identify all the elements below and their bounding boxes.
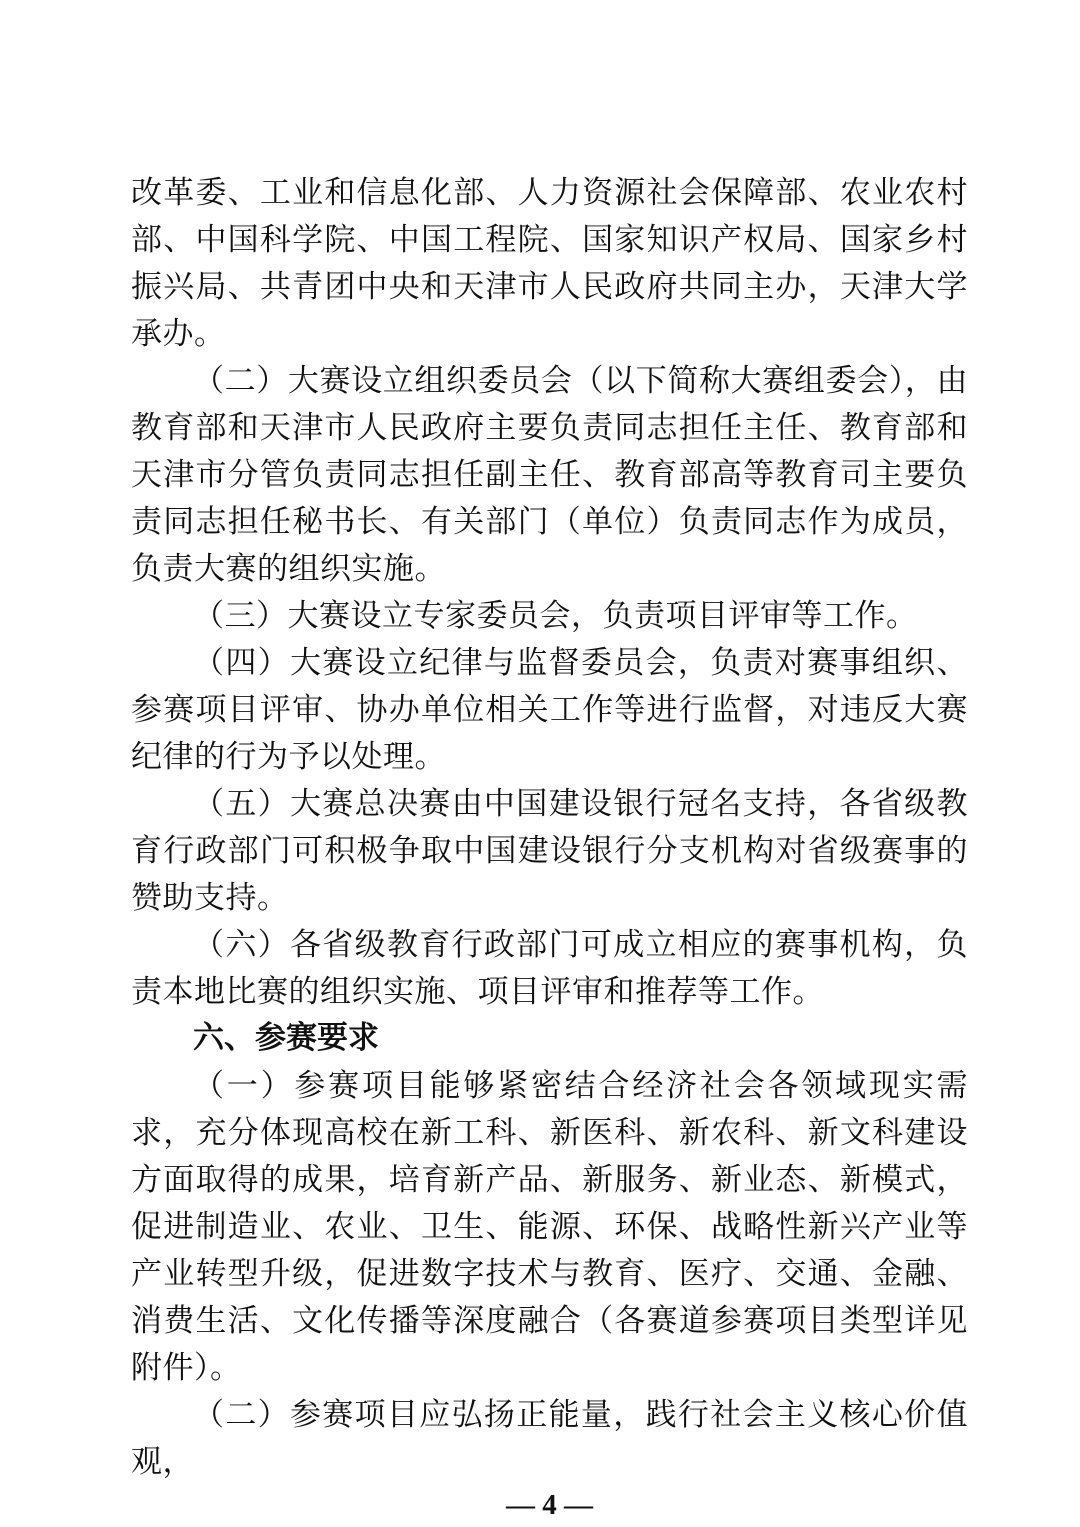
paragraph-intro-continuation: 改革委、工业和信息化部、人力资源社会保障部、农业农村部、中国科学院、中国工程院、…	[131, 169, 968, 357]
paragraph-clause-2: （二）大赛设立组织委员会（以下简称大赛组委会），由教育部和天津市人民政府主要负责…	[131, 357, 968, 592]
document-page: 改革委、工业和信息化部、人力资源社会保障部、农业农村部、中国科学院、中国工程院、…	[0, 0, 1080, 1527]
paragraph-clause-5: （五）大赛总决赛由中国建设银行冠名支持，各省级教育行政部门可积极争取中国建设银行…	[131, 780, 968, 921]
paragraph-requirement-2: （二）参赛项目应弘扬正能量，践行社会主义核心价值观，	[131, 1391, 968, 1485]
paragraph-clause-3: （三）大赛设立专家委员会，负责项目评审等工作。	[131, 592, 968, 639]
document-body: 改革委、工业和信息化部、人力资源社会保障部、农业农村部、中国科学院、中国工程院、…	[131, 169, 968, 1485]
paragraph-clause-4: （四）大赛设立纪律与监督委员会，负责对赛事组织、参赛项目评审、协办单位相关工作等…	[131, 639, 968, 780]
section-heading-entry-requirements: 六、参赛要求	[131, 1015, 968, 1062]
paragraph-requirement-1: （一）参赛项目能够紧密结合经济社会各领域现实需求，充分体现高校在新工科、新医科、…	[131, 1062, 968, 1391]
paragraph-clause-6: （六）各省级教育行政部门可成立相应的赛事机构，负责本地比赛的组织实施、项目评审和…	[131, 921, 968, 1015]
page-number: — 4 —	[131, 1487, 968, 1523]
